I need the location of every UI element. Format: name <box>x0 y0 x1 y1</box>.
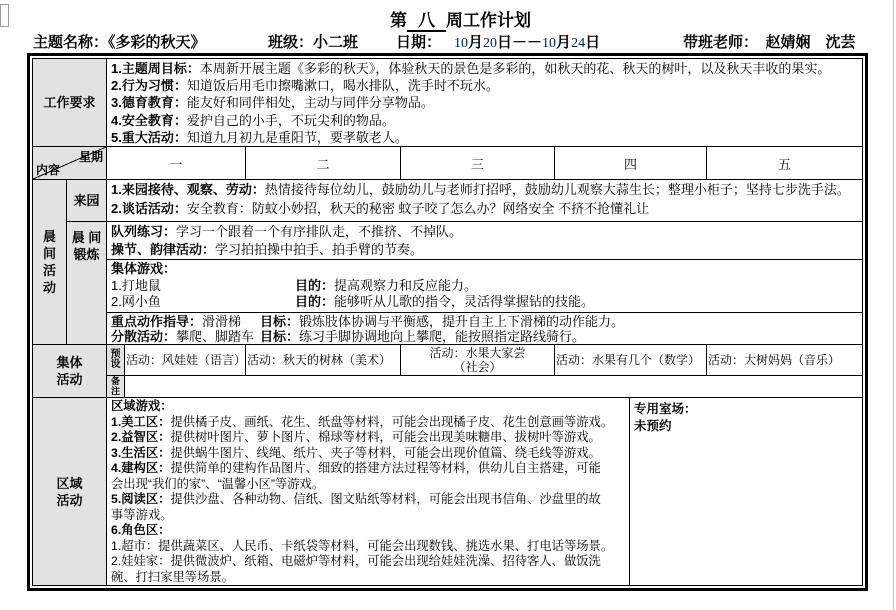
date-label: 日期： <box>396 31 441 52</box>
arrival-label: 来园 <box>67 180 107 222</box>
diagonal-header-cell: 星期 内容 <box>33 147 107 180</box>
arrival-content: 1.来园接待、观察、劳动：热情接待每位幼儿，鼓励幼儿与老师打招呼，鼓励幼儿观察大… <box>107 180 862 222</box>
preset-activity-mon: 活动：风娃娃（语言） <box>125 345 246 376</box>
page-edge-line <box>893 0 894 610</box>
weekday-header-wed: 三 <box>401 147 555 180</box>
date-range: 日期： 10月20日－－10月24日 <box>396 31 600 52</box>
work-requirements-label: 工作要求 <box>33 59 107 147</box>
region-activities-label: 区域活动 <box>33 398 107 585</box>
preset-activity-wed: 活动：水果大家尝（社会） <box>401 345 555 376</box>
title-week-number: 八 <box>407 11 446 32</box>
page-margin-marker <box>0 4 9 27</box>
weekday-header-fri: 五 <box>707 147 862 180</box>
group-games-content: 集体游戏：1.打地鼠目的：提高观察力和反应能力。2.网小鱼目的：能够听从儿歌的指… <box>107 260 862 313</box>
content-label: 内容 <box>36 161 60 178</box>
title-prefix: 第 <box>390 11 407 30</box>
preset-activity-tue: 活动：秋天的树林（美术） <box>246 345 401 376</box>
note-label: 备注 <box>107 376 125 398</box>
region-content: 区域游戏：1.美工区：提供橘子皮、画纸、花生、纸盘等材料，可能会出现橘子皮、花生… <box>107 398 630 585</box>
drill-content: 队列练习：学习一个跟着一个有序排队走，不推挤、不掉队。操节、韵律活动：学习拍拍操… <box>107 222 862 260</box>
morning-exercise-label: 晨 间锻炼 <box>67 222 107 345</box>
document-title: 第八周工作计划 <box>390 6 531 31</box>
special-room-cell: 专用室场：未预约 <box>630 398 862 585</box>
weekly-plan-table: 工作要求 1.主题周目标：本周新开展主题《多彩的秋天》，体验秋天的景色是多彩的，… <box>32 58 863 586</box>
morning-activities-label: 晨间活动 <box>33 180 67 345</box>
key-action-content: 重点动作指导：滑滑梯目标：锻炼肢体协调与平衡感，提升自主上下滑梯的动作能力。分散… <box>107 313 862 345</box>
date-value: 10月20日－－10月24日 <box>454 31 600 52</box>
teacher-names: 带班老师： 赵婧娴 沈芸 <box>683 31 856 52</box>
document-page: { "header": { "title_prefix": "第", "titl… <box>0 0 896 610</box>
weekday-header-mon: 一 <box>107 147 246 180</box>
class-name: 班级：小二班 <box>268 31 358 52</box>
work-requirements-content: 1.主题周目标：本周新开展主题《多彩的秋天》，体验秋天的景色是多彩的，如秋天的花… <box>107 59 862 147</box>
theme-name: 主题名称：《多彩的秋天》 <box>33 31 206 52</box>
preset-activity-thu: 活动：水果有几个（数学） <box>555 345 707 376</box>
collective-activities-label: 集体活动 <box>33 345 107 398</box>
title-suffix: 周工作计划 <box>446 11 531 30</box>
preset-label: 预设 <box>107 345 125 376</box>
preset-activity-fri: 活动：大树妈妈（音乐） <box>707 345 862 376</box>
weekday-header-tue: 二 <box>246 147 401 180</box>
weekday-header-thu: 四 <box>555 147 707 180</box>
note-content <box>125 376 862 398</box>
week-label: 星期 <box>79 148 103 165</box>
